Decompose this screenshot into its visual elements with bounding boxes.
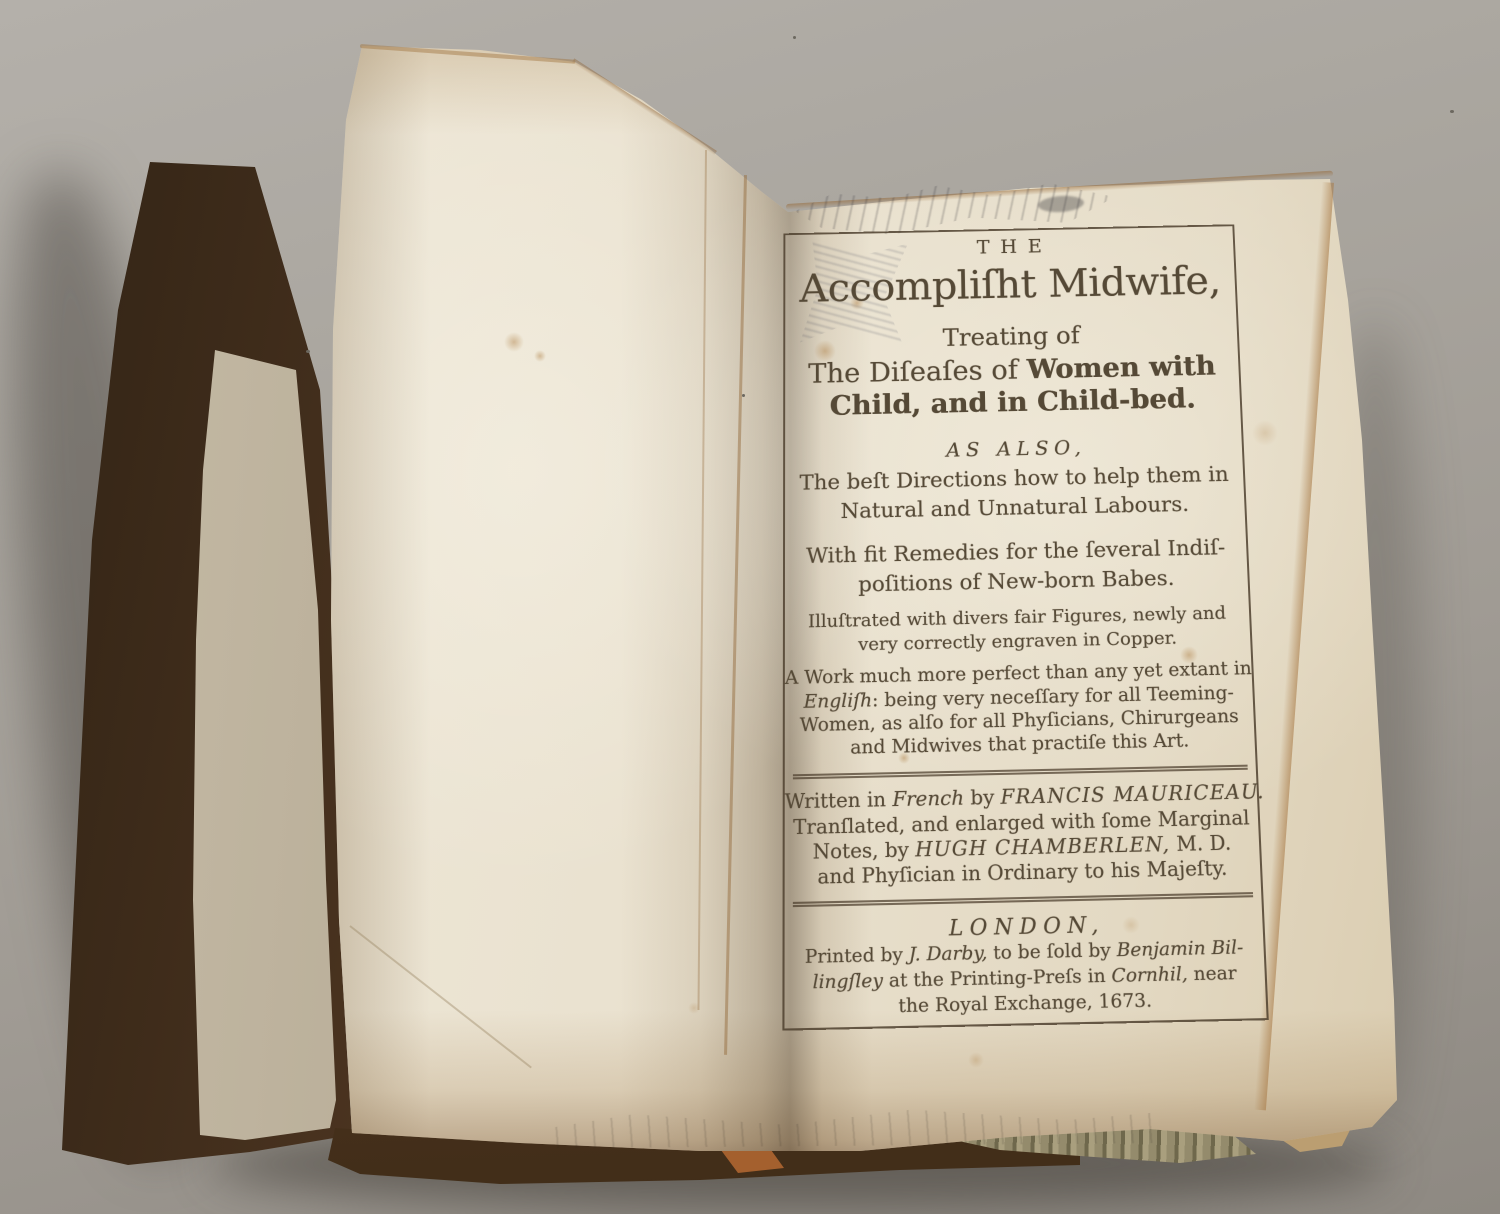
seller-name-continued: lingſley [813, 970, 883, 994]
subject-roman: The Diſeaſes of [808, 354, 1027, 390]
written-by: by [964, 785, 1001, 809]
antique-book-photo: THE Accompliſht Midwife, Treating of The… [0, 0, 1500, 1214]
double-rule [793, 765, 1248, 780]
md-suffix: M. D. [1170, 831, 1232, 856]
foxing-spot [688, 1002, 700, 1014]
double-rule [793, 892, 1253, 907]
written-pre: Written in [785, 788, 893, 814]
title-page-border: THE Accompliſht Midwife, Treating of The… [782, 224, 1268, 1030]
treating-of-line: Treating of [785, 319, 1237, 354]
subject-line-2: Child, and in Child-bed. [785, 384, 1240, 423]
foxing-spot [968, 1052, 984, 1068]
notes-by: Notes, by [813, 838, 916, 864]
background-speck [306, 350, 310, 353]
subject-blackletter: Child, and in Child-bed. [830, 383, 1197, 422]
seller-name: Benjamin Bil- [1116, 937, 1243, 962]
imprint-line-3: the Royal Exchange, 1673. [784, 988, 1266, 1020]
printer-name: J. Darby, [909, 942, 988, 966]
remedies-line-2: poſitions of New-born Babes. [785, 566, 1248, 599]
as-also-line: AS ALSO, [785, 433, 1242, 464]
foxing-spot [1252, 420, 1278, 446]
press-location: at the Printing-Preſs in [883, 965, 1112, 992]
author-name: FRANCIS MAURICEAU. [1000, 780, 1265, 809]
english-italic: Engliſh [804, 690, 873, 713]
remedies-line-1: With fit Remedies for the ſeveral Indiſ- [785, 536, 1247, 569]
near-word: near [1187, 962, 1237, 985]
french-italic: French [892, 786, 964, 811]
background-speck [793, 36, 796, 39]
illustrated-line-2: very correctly engraven in Copper. [785, 627, 1251, 657]
cornhil-italic: Cornhil, [1111, 963, 1188, 987]
printed-by: Printed by [805, 944, 909, 969]
head-word: THE [785, 232, 1233, 261]
directions-line-2: Natural and Unnatural Labours. [785, 492, 1245, 525]
foxing-spot [504, 332, 524, 352]
book-title: Accompliſht Midwife, [785, 260, 1235, 311]
background-speck [742, 394, 745, 397]
foxing-spot [534, 350, 546, 362]
background-speck [1450, 110, 1454, 113]
subject-blackletter: Women with [1026, 350, 1216, 385]
directions-line-1: The beſt Directions how to help them in [785, 463, 1244, 495]
sold-by: to be ſold by [987, 939, 1117, 964]
